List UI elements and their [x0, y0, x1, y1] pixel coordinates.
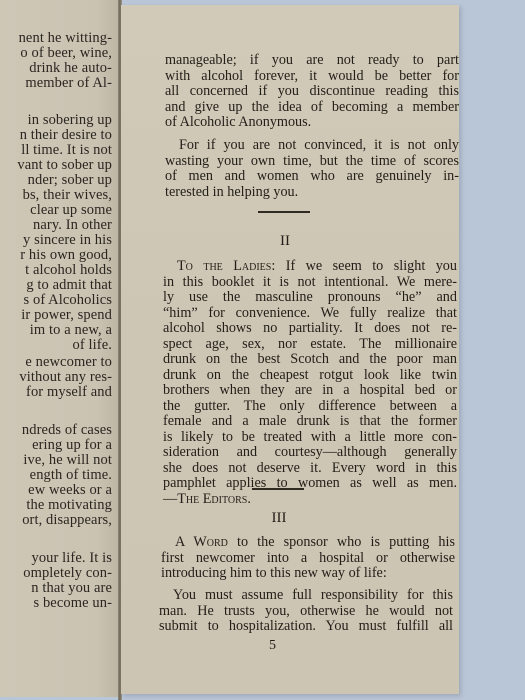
text-line: spect age, sex, nor estate. The milliona…: [163, 337, 457, 353]
text-line: wasting your own time, but the time of s…: [165, 154, 459, 170]
text-fragment: to the sponsor who is putting his: [228, 534, 455, 550]
text-line: manageable; if you are not ready to part: [165, 53, 459, 69]
paragraph-to-the-ladies: To the Ladies: If we seem to slight you …: [163, 259, 457, 507]
text-line: brothers when they are in a hospital bed…: [163, 383, 457, 399]
text-line: A Word to the sponsor who is putting his: [161, 535, 455, 551]
em-dash: —: [163, 491, 177, 507]
text-line: and give up the idea of becoming a membe…: [165, 100, 459, 116]
text-line: member of Al-: [25, 75, 112, 92]
text-line: s become un-: [33, 595, 112, 612]
text-line: sideration and courtesy—although general…: [163, 445, 457, 461]
text-line: she does not deserve it. Every word in t…: [163, 461, 457, 477]
text-line: pamphlet applies to women as well as men…: [163, 476, 457, 492]
section-divider: [252, 488, 304, 490]
text-line: with alcohol forever, it would be better…: [165, 69, 459, 85]
text-line: for myself and: [26, 384, 112, 401]
text-line: ort, disappears,: [22, 512, 112, 529]
paragraph-a-word: A Word to the sponsor who is putting his…: [161, 535, 455, 582]
lead-in-small-caps: A Word: [175, 534, 228, 550]
right-page: manageable; if you are not ready to part…: [121, 5, 459, 694]
section-numeral-ii: II: [255, 233, 315, 250]
text-line: introducing him to this new way of life:: [161, 566, 455, 582]
text-line: “him” for convenience. We fully realize …: [163, 306, 457, 322]
text-line: of men and women who are genuinely in-: [165, 169, 459, 185]
left-page: nent he witting-o of beer, wine,drink he…: [0, 0, 120, 697]
text-line: of life.: [73, 337, 112, 354]
text-line: in this booklet it is not intentional. W…: [163, 275, 457, 291]
text-line: is likely to be treated with a little mo…: [163, 430, 457, 446]
signature-editors: The Editors.: [177, 491, 251, 507]
text-line: drunk on the cheapest rotgut look like t…: [163, 368, 457, 384]
text-line: ly use the masculine pronouns “he” and: [163, 290, 457, 306]
signature-line: —The Editors.: [163, 492, 457, 508]
text-fragment: : If we seem to slight you: [271, 258, 457, 274]
text-line: of Alcoholic Anonymous.: [165, 115, 459, 131]
paragraph-responsibility: You must assume full responsibility for …: [159, 588, 453, 635]
lead-in-small-caps: To the Ladies: [177, 258, 271, 274]
paragraph-not-convinced: For if you are not convinced, it is not …: [165, 138, 459, 200]
text-line: drunk on the best Scotch and the poor ma…: [163, 352, 457, 368]
section-numeral-iii: III: [249, 510, 309, 527]
text-line: submit to hospitalization. You must fulf…: [159, 619, 453, 635]
text-line: To the Ladies: If we seem to slight you: [163, 259, 457, 275]
section-divider: [258, 211, 310, 213]
text-line: the gutter. The only difference between …: [163, 399, 457, 415]
text-line: terested in helping you.: [165, 185, 459, 201]
text-line: You must assume full responsibility for …: [159, 588, 453, 604]
text-line: all concerned if you discontinue reading…: [165, 84, 459, 100]
text-line: man. He trusts you, otherwise he would n…: [159, 604, 453, 620]
text-line: female and a male drunk is that the form…: [163, 414, 457, 430]
paragraph-manageable: manageable; if you are not ready to part…: [165, 53, 459, 131]
text-line: For if you are not convinced, it is not …: [165, 138, 459, 154]
page-number: 5: [269, 638, 276, 654]
text-line: first newcomer into a hospital or otherw…: [161, 551, 455, 567]
text-line: alcohol shows no partiality. It does not…: [163, 321, 457, 337]
